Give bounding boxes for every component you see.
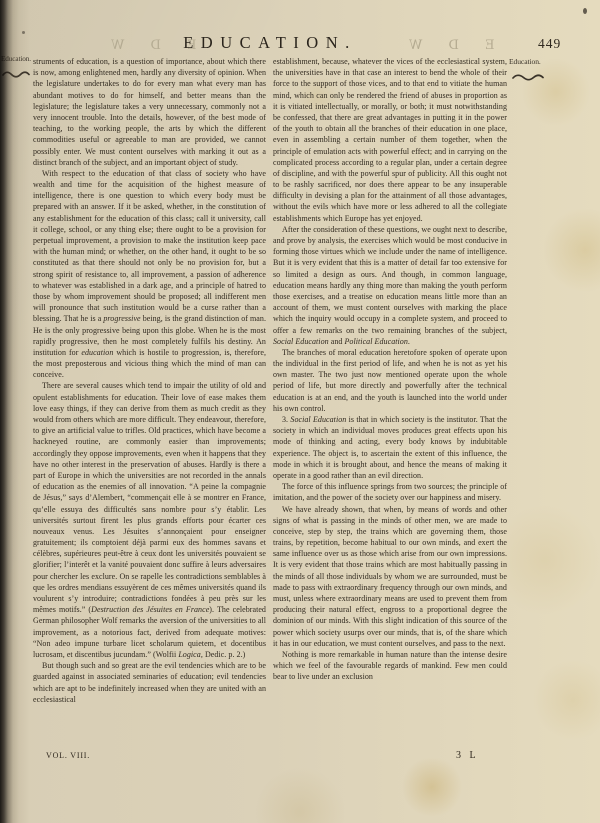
page-title: EDUCATION. <box>183 33 357 53</box>
paragraph: But though such and so great are the evi… <box>33 660 266 705</box>
signature-mark: 3 L <box>456 750 479 761</box>
page-number: 449 <box>538 36 561 52</box>
paragraph: The force of this influence springs from… <box>273 481 507 503</box>
text-column-left: struments of education, is a question of… <box>33 56 266 705</box>
paragraph: With respect to the education of that cl… <box>33 168 266 381</box>
volume-label: VOL. VIII. <box>46 751 90 760</box>
page-header: EDUCATION. <box>33 33 507 53</box>
swash-flourish-icon <box>2 66 30 84</box>
paragraph: We have already shown, that when, by mea… <box>273 504 507 649</box>
book-gutter-shadow <box>0 0 30 823</box>
text-column-right: establishment, because, whatever the vic… <box>273 56 507 683</box>
page-speck <box>583 8 587 14</box>
swash-flourish-icon <box>512 69 544 87</box>
paragraph: struments of education, is a question of… <box>33 56 266 168</box>
paragraph: After the consideration of these questio… <box>273 224 507 347</box>
paragraph: The branches of moral education heretofo… <box>273 347 507 414</box>
margin-note-left: Education. <box>1 55 31 63</box>
page-speck <box>22 31 25 34</box>
scanned-book-page: E D W E D W EDUCATION. 449 Education. Ed… <box>0 0 600 823</box>
paragraph: Nothing is more remarkable in human natu… <box>273 649 507 683</box>
paragraph: establishment, because, whatever the vic… <box>273 56 507 224</box>
paragraph: There are several causes which tend to i… <box>33 380 266 660</box>
paragraph: 3. Social Education is that in which soc… <box>273 414 507 481</box>
margin-note-right: Education. <box>509 57 541 66</box>
